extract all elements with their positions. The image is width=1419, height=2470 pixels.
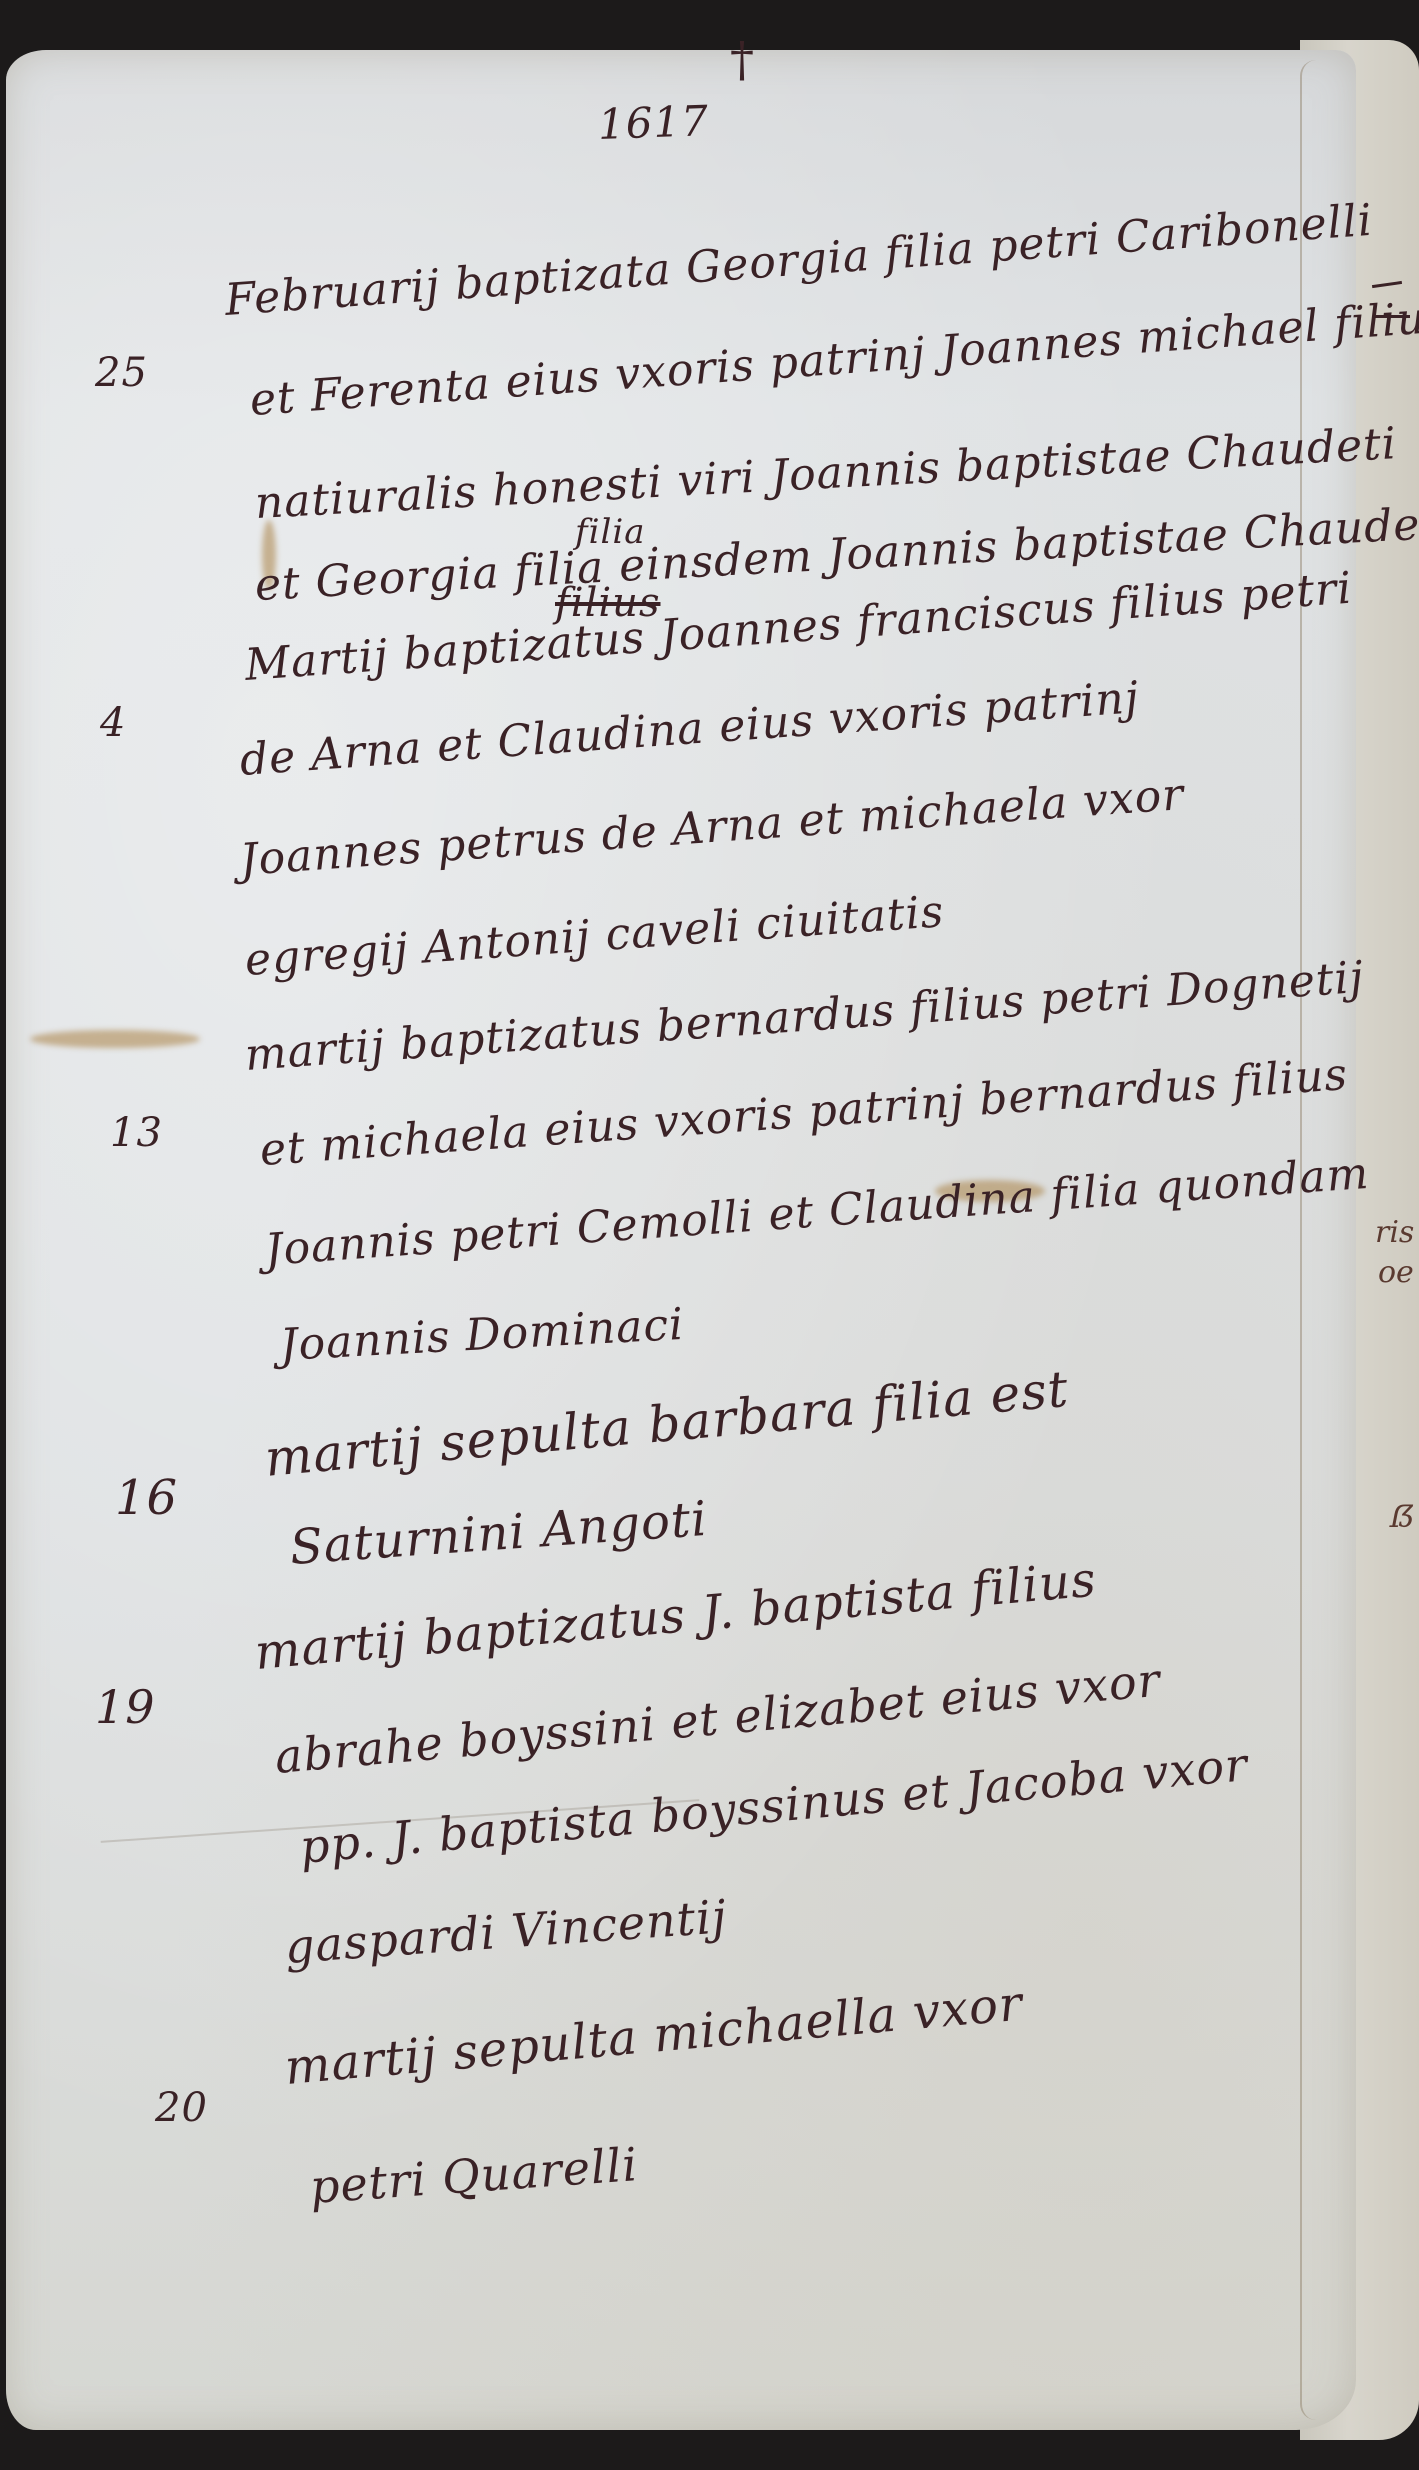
entry-date: 4 xyxy=(100,700,126,746)
stain xyxy=(30,1030,200,1048)
entry-date: 16 xyxy=(115,1470,178,1526)
margin-mark xyxy=(1375,315,1410,318)
entry-date: 19 xyxy=(95,1680,156,1734)
margin-partial-text: oe xyxy=(1378,1255,1414,1290)
entry-date: 25 xyxy=(95,350,148,396)
entry-date: 20 xyxy=(155,2085,208,2131)
page-edge xyxy=(1300,60,1332,2420)
cross-mark: † xyxy=(730,32,754,88)
margin-partial-text: ris xyxy=(1375,1215,1414,1250)
year-heading: 1617 xyxy=(597,96,710,149)
entry-date: 13 xyxy=(110,1110,163,1156)
margin-partial-text: ẞ xyxy=(1390,1500,1415,1535)
